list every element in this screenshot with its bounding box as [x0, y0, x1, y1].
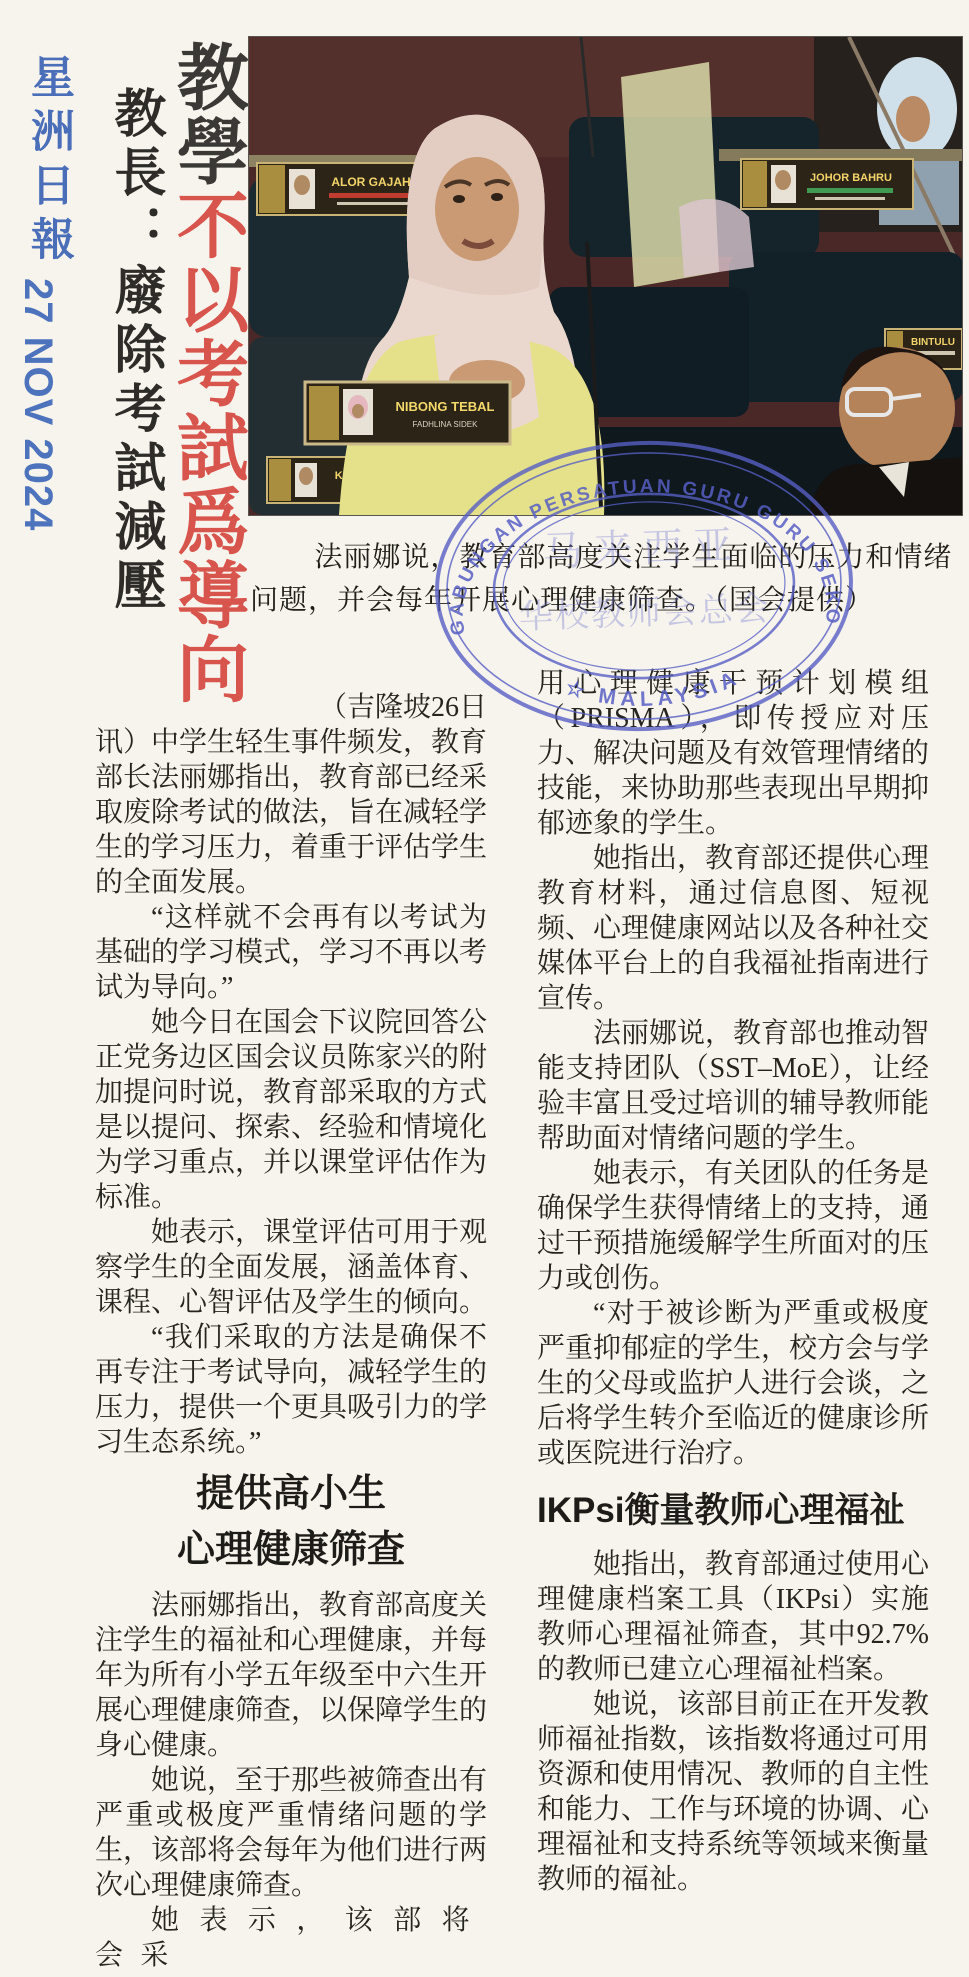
- minister-eye-right: [491, 193, 503, 201]
- article-paragraph: “我们采取的方法是确保不再专注于考试导向，减轻学生的压力，提供一个更具吸引力的学…: [95, 1320, 487, 1460]
- article-paragraph: “这样就不会再有以考试为基础的学习模式，学习不再以考试为导向。”: [95, 900, 487, 1005]
- article-paragraph: （吉隆坡26日讯）中学生轻生事件频发，教育部长法丽娜指出，教育部已经采取废除考试…: [95, 690, 487, 900]
- subheading-line: 提供高小生: [95, 1466, 487, 1522]
- svg-text:BINTULU: BINTULU: [911, 337, 955, 348]
- subheading-line: 心理健康筛查: [95, 1522, 487, 1578]
- svg-text:JOHOR BAHRU: JOHOR BAHRU: [810, 172, 892, 184]
- parliament-photo-scene: ALOR GAJAH JOHOR BAHRU KUALA: [249, 37, 962, 515]
- date-stamp: 27 NOV 2024: [18, 278, 60, 528]
- svg-text:ALOR GAJAH: ALOR GAJAH: [331, 175, 410, 189]
- article-paragraph: 她指出，教育部还提供心理教育材料，通过信息图、短视频、心理健康网站以及各种社交媒…: [537, 841, 929, 1016]
- article-paragraph: 用心理健康干预计划模组（PRISMA），即传授应对压力、解决问题及有效管理情绪的…: [537, 666, 929, 841]
- headline-main-red: 不以考試爲導向: [166, 188, 246, 706]
- subheading-psych-screening: 提供高小生 心理健康筛查: [95, 1466, 487, 1578]
- svg-text:FADHLINA SIDEK: FADHLINA SIDEK: [413, 420, 479, 429]
- subheading-ikpsi: IKPsi衡量教师心理福祉: [537, 1485, 929, 1537]
- article-paragraph: 她说，该部目前正在开发教师福祉指数，该指数将通过可用资源和使用情况、教师的自主性…: [537, 1687, 929, 1897]
- article-paragraph: 她指出，教育部通过使用心理健康档案工具（IKPsi）实施教师心理福祉筛查，其中9…: [537, 1547, 929, 1687]
- minister-eye-left: [453, 195, 465, 203]
- article-paragraph: 她表示，课堂评估可用于观察学生的全面发展，涵盖体育、课程、心智评估及学生的倾向。: [95, 1215, 487, 1320]
- article-column-right: 用心理健康干预计划模组（PRISMA），即传授应对压力、解决问题及有效管理情绪的…: [537, 666, 929, 1897]
- article-paragraph: “对于被诊断为严重或极度严重抑郁症的学生，校方会与学生的父母或监护人进行会谈，之…: [537, 1296, 929, 1471]
- photo-caption: 法丽娜说，教育部高度关注学生面临的压力和情绪问题，并会每年开展心理健康筛查。（国…: [250, 536, 964, 622]
- newspaper-name-stamp: 星洲日報: [16, 54, 80, 294]
- parliament-photo: ALOR GAJAH JOHOR BAHRU KUALA: [248, 36, 963, 516]
- headline-kicker: 教長：廢除考試減壓: [104, 86, 164, 666]
- newspaper-clipping-page: 星洲日報 27 NOV 2024 教長：廢除考試減壓 教學不以考試爲導向: [0, 0, 969, 1977]
- nameplate-nibong-tebal: NIBONG TEBAL FADHLINA SIDEK: [305, 382, 510, 444]
- article-paragraph: 她表示，有关团队的任务是确保学生获得情绪上的支持，通过干预措施缓解学生所面对的压…: [537, 1156, 929, 1296]
- article-paragraph: 法丽娜指出，教育部高度关注学生的福祉和心理健康，并每年为所有小学五年级至中六生开…: [95, 1588, 487, 1763]
- headline-main-black: 教學: [166, 40, 246, 188]
- headline-main: 教學不以考試爲導向: [166, 40, 246, 740]
- article-column-left: （吉隆坡26日讯）中学生轻生事件频发，教育部长法丽娜指出，教育部已经采取废除考试…: [95, 690, 487, 1973]
- article-paragraph: 她表示，该部将会采: [95, 1903, 487, 1973]
- svg-text:NIBONG TEBAL: NIBONG TEBAL: [396, 399, 495, 414]
- article-paragraph: 法丽娜说，教育部也推动智能支持团队（SST–MoE），让经验丰富且受过培训的辅导…: [537, 1016, 929, 1156]
- article-paragraph: 她今日在国会下议院回答公正党务边区国会议员陈家兴的附加提问时说，教育部采取的方式…: [95, 1005, 487, 1215]
- article-paragraph: 她说，至于那些被筛查出有严重或极度严重情绪问题的学生，该部将会每年为他们进行两次…: [95, 1763, 487, 1903]
- nameplate-johor-bahru: JOHOR BAHRU: [741, 159, 913, 209]
- photo-reflected-face: [896, 96, 930, 142]
